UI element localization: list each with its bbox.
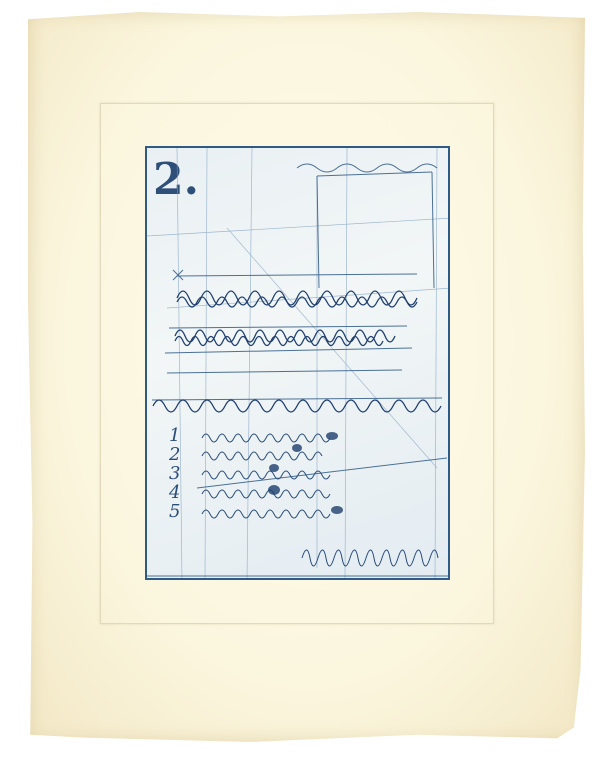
etched-plate: 2. [145, 146, 450, 580]
numeral-1: 1 [169, 426, 180, 445]
numeral-5: 5 [169, 502, 180, 521]
numeral-2: 2 [169, 445, 180, 464]
scribble-drawing [147, 148, 450, 580]
numeral-3: 3 [169, 464, 180, 483]
numeral-4: 4 [169, 483, 180, 502]
list-numerals: 1 2 3 4 5 [169, 426, 180, 521]
